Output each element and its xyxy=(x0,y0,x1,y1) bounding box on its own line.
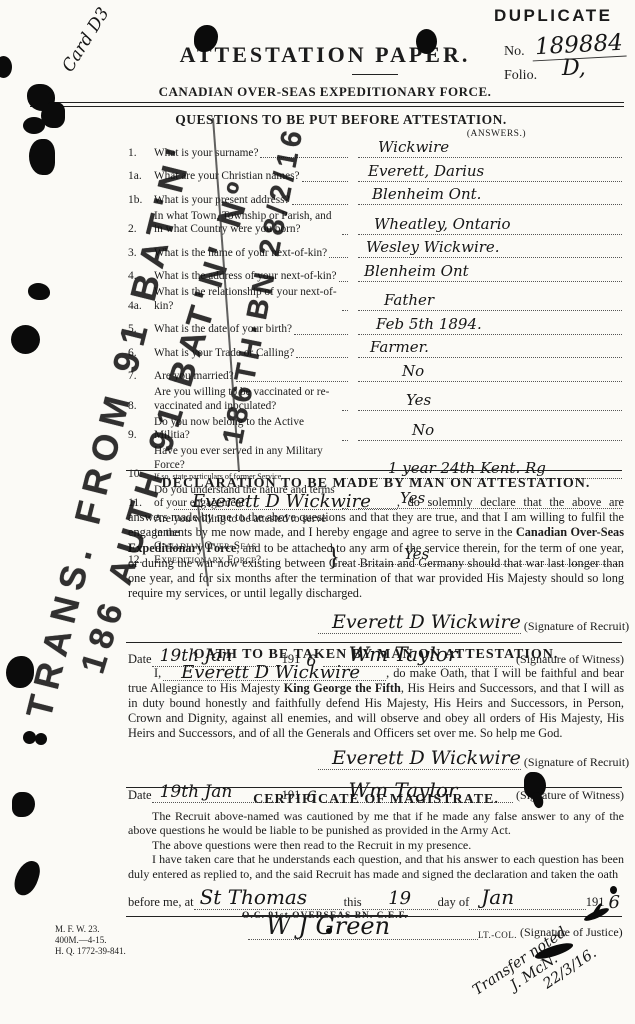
ink-blot xyxy=(416,29,437,54)
recruit-signature-label: (Signature of Recruit) xyxy=(521,619,629,634)
certificate-title: CERTIFICATE OF MAGISTRATE. xyxy=(128,792,624,808)
ink-blot xyxy=(29,139,55,175)
answer-handwritten: Blenheim Ont. xyxy=(372,188,481,201)
this-label: this xyxy=(344,895,362,910)
answer-handwritten: Feb 5th 1894. xyxy=(376,318,482,331)
ink-blot xyxy=(6,656,34,688)
before-me-row: before me, at St Thomas this 19 day of J… xyxy=(128,885,624,910)
folio-value-handwritten: D, xyxy=(562,56,586,81)
certificate-paragraph-2: The above questions were then read to th… xyxy=(128,838,624,852)
form-reference: M. F. W. 23. xyxy=(55,924,126,935)
recruit-signature-row: Everett D Wickwire (Signature of Recruit… xyxy=(128,611,624,634)
dotted-leader xyxy=(294,334,348,335)
attestation-paper-scan: Card D3 DUPLICATE ATTESTATION PAPER. No.… xyxy=(0,0,635,1024)
answer-handwritten: Everett, Darius xyxy=(368,165,484,178)
dotted-leader xyxy=(329,257,348,258)
month-line: Jan xyxy=(469,885,586,910)
ink-blot xyxy=(11,325,40,354)
answer-line: Feb 5th 1894. xyxy=(358,316,622,335)
header-divider xyxy=(30,102,624,107)
bottom-rule xyxy=(126,916,622,917)
form-reference: 400M.—4-15. xyxy=(55,935,126,946)
answer-handwritten: No xyxy=(402,365,424,378)
ink-blot xyxy=(326,928,332,934)
ink-blot xyxy=(11,857,43,898)
answer-handwritten: Farmer. xyxy=(370,341,429,354)
duplicate-stamp: DUPLICATE xyxy=(494,6,613,26)
answer-handwritten: Wheatley, Ontario xyxy=(374,218,511,231)
ink-blot xyxy=(28,283,50,300)
form-reference: H. Q. 1772-39-841. xyxy=(55,946,126,957)
answer-line: Blenheim Ont xyxy=(358,263,622,282)
question-row: 1a.What are your Christian names? Everet… xyxy=(128,163,624,184)
dotted-leader xyxy=(342,410,348,411)
ink-blot xyxy=(35,733,47,745)
declaration-name-handwritten: Everett D Wickwire xyxy=(174,495,397,510)
answer-line: Wheatley, Ontario xyxy=(358,216,622,235)
question-row: 1.What is your surname? Wickwire xyxy=(128,139,624,160)
declaration-section: DECLARATION TO BE MADE BY MAN ON ATTESTA… xyxy=(128,476,624,667)
form-reference-block: M. F. W. 23. 400M.—4-15. H. Q. 1772-39-8… xyxy=(55,924,126,957)
page-title: ATTESTATION PAPER. xyxy=(105,42,545,68)
question-row: 8.Are you willing to be vaccinated or re… xyxy=(128,386,624,413)
declaration-title: DECLARATION TO BE MADE BY MAN ON ATTESTA… xyxy=(128,476,624,492)
place-handwritten: St Thomas xyxy=(200,885,308,909)
answer-line: Everett, Darius xyxy=(358,163,622,182)
dotted-leader xyxy=(296,357,348,358)
answer-line: Father xyxy=(358,292,622,311)
oath-title: OATH TO BE TAKEN BY MAN ON ATTESTATION. xyxy=(128,647,624,663)
answer-handwritten: Yes xyxy=(406,394,431,407)
answer-line: Blenheim Ont. xyxy=(358,186,622,205)
recruit-signature-handwritten: Everett D Wickwire xyxy=(332,611,521,633)
section-divider xyxy=(126,642,622,643)
ink-blot xyxy=(23,117,45,134)
recruit-signature-label: (Signature of Recruit) xyxy=(521,755,629,770)
recruit-signature-line: Everett D Wickwire xyxy=(318,747,521,770)
oath-text-bold: King George the Fifth xyxy=(284,681,401,695)
month-handwritten: Jan xyxy=(481,885,514,909)
justice-rank: LT.-COL. xyxy=(478,930,517,940)
oath-lead: I, xyxy=(128,666,161,680)
answer-handwritten: Father xyxy=(384,294,434,307)
answer-handwritten: Wickwire xyxy=(378,141,449,154)
dotted-leader xyxy=(342,234,348,235)
place-line: St Thomas xyxy=(194,885,344,910)
day-line: 19 xyxy=(362,888,438,910)
dotted-leader xyxy=(342,440,348,441)
force-subtitle: CANADIAN OVER-SEAS EXPEDITIONARY FORCE. xyxy=(90,84,560,100)
ink-blot xyxy=(12,792,35,817)
oath-section: OATH TO BE TAKEN BY MAN ON ATTESTATION. … xyxy=(128,647,624,803)
answer-handwritten: No xyxy=(412,424,434,437)
section-divider xyxy=(126,787,622,788)
questions-title: QUESTIONS TO BE PUT BEFORE ATTESTATION. xyxy=(128,112,624,128)
answer-line: Wickwire xyxy=(358,139,622,158)
recruit-signature-row: Everett D Wickwire (Signature of Recruit… xyxy=(128,747,624,770)
ink-blot xyxy=(0,56,12,78)
folio-label: Folio. xyxy=(504,68,537,84)
answer-handwritten: Blenheim Ont xyxy=(364,265,469,278)
day-of-label: day of xyxy=(438,895,470,910)
answer-line: Wesley Wickwire. xyxy=(358,239,622,258)
question-row: 9.Do you now belong to the Active Militi… xyxy=(128,416,624,443)
dotted-leader xyxy=(342,310,348,311)
day-handwritten: 19 xyxy=(388,888,411,909)
certificate-paragraph-3: I have taken care that he understands ea… xyxy=(128,852,624,881)
answer-line: Farmer. xyxy=(358,339,622,358)
answer-handwritten: 1 year 24th Kent. Rg xyxy=(388,462,546,475)
before-me-label: before me, at xyxy=(128,895,194,910)
dotted-leader xyxy=(302,181,348,182)
certificate-paragraph-1: The Recruit above-named was cautioned by… xyxy=(128,809,624,838)
recruit-signature-line: Everett D Wickwire xyxy=(318,611,521,634)
question-text: What is the address of your next-of-kin? xyxy=(154,270,337,284)
dotted-leader xyxy=(339,281,348,282)
title-underline xyxy=(352,74,398,75)
ink-blot xyxy=(610,886,617,894)
dotted-leader xyxy=(292,204,348,205)
answer-line: No xyxy=(358,363,622,382)
answer-line: No xyxy=(358,422,622,441)
question-row: 2.In what Town, Township or Parish, and … xyxy=(128,210,624,237)
answers-label: (ANSWERS.) xyxy=(128,129,624,139)
question-number: 1. xyxy=(128,147,154,161)
oath-body: I,Everett D Wickwire, do make Oath, that… xyxy=(128,665,624,741)
recruit-signature-handwritten: Everett D Wickwire xyxy=(332,747,521,769)
question-row: 1b.What is your present address? Blenhei… xyxy=(128,186,624,207)
number-label: No. xyxy=(504,44,525,60)
section-divider xyxy=(126,470,622,471)
answer-handwritten: Wesley Wickwire. xyxy=(366,241,500,254)
oath-name-handwritten: Everett D Wickwire xyxy=(163,666,386,681)
answer-line: Yes xyxy=(358,392,622,411)
